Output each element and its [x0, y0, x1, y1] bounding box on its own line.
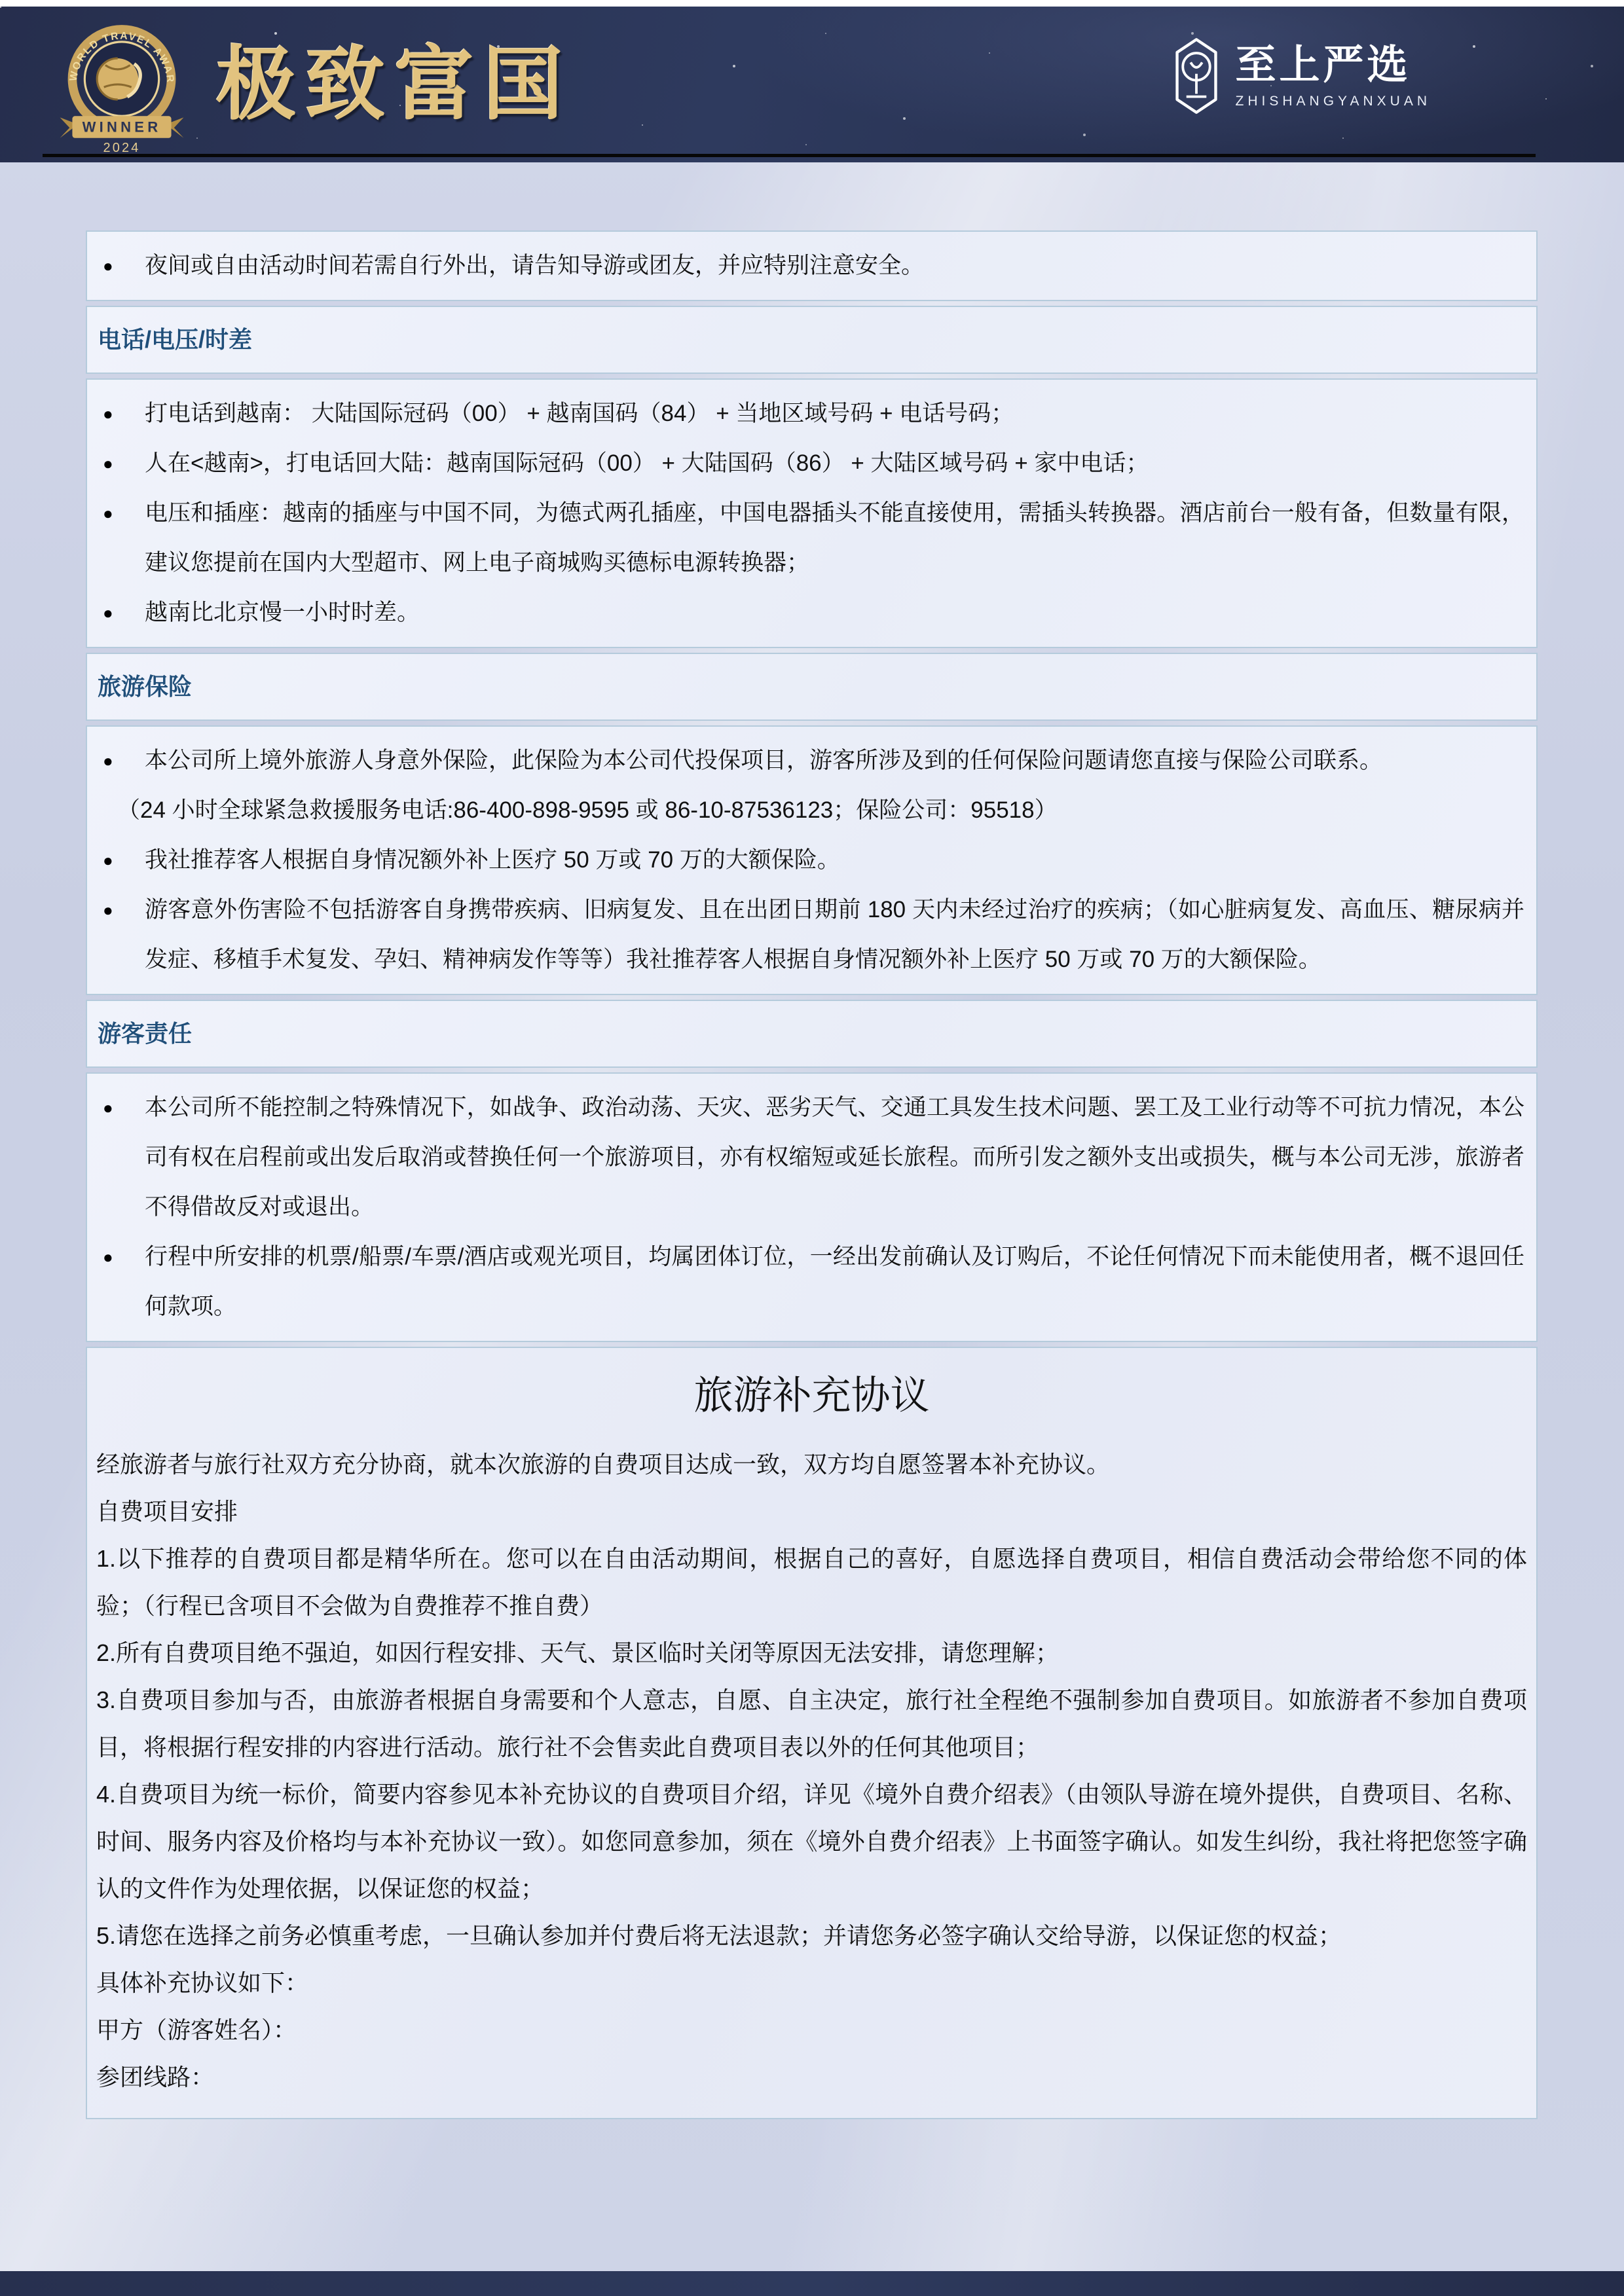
header-divider-line [43, 154, 1536, 157]
bullet-dot: ● [87, 835, 145, 885]
bullet-text: 打电话到越南： 大陆国际冠码（00） + 越南国码（84） + 当地区域号码 +… [145, 389, 1536, 439]
row-phone-bullets: ● 打电话到越南： 大陆国际冠码（00） + 越南国码（84） + 当地区域号码… [86, 378, 1538, 648]
bullet-item: ● 打电话到越南： 大陆国际冠码（00） + 越南国码（84） + 当地区域号码… [87, 389, 1536, 439]
bullet-text: 越南比北京慢一小时时差。 [145, 588, 1536, 638]
bullet-dot: ● [87, 1083, 145, 1232]
bullet-dot: ● [87, 488, 145, 588]
brand-logo-cn: 至上严选 [1236, 43, 1431, 88]
world-travel-awards-badge-icon: WORLD TRAVEL AWARDS WINNER 2024 [39, 16, 204, 155]
agreement-title: 旅游补充协议 [96, 1360, 1527, 1432]
section-title-phone: 电话/电压/时差 [87, 315, 1536, 365]
bullet-item: ● 电压和插座：越南的插座与中国不同，为德式两孔插座，中国电器插头不能直接使用，… [87, 488, 1536, 588]
agreement-clause-1: 1.以下推荐的自费项目都是精华所在。您可以在自由活动期间，根据自己的喜好，自愿选… [96, 1535, 1527, 1630]
insurance-hotline-note: （24 小时全球紧急救援服务电话:86-400-898-9595 或 86-10… [117, 786, 1524, 835]
agreement-party-a-line: 甲方（游客姓名）： [96, 2007, 1527, 2054]
bullet-item: ● 夜间或自由活动时间若需自行外出，请告知导游或团友，并应特别注意安全。 [87, 241, 1536, 291]
bullet-dot: ● [87, 241, 145, 291]
bullet-text: 我社推荐客人根据自身情况额外补上医疗 50 万或 70 万的大额保险。 [145, 835, 1536, 885]
supplementary-agreement-section: 旅游补充协议 经旅游者与旅行社双方充分协商，就本次旅游的自费项目达成一致，双方均… [86, 1347, 1538, 2119]
bullet-dot: ● [87, 389, 145, 439]
bullet-text: 本公司所不能控制之特殊情况下，如战争、政治动荡、天灾、恶劣天气、交通工具发生技术… [145, 1083, 1536, 1232]
document-page: WORLD TRAVEL AWARDS WINNER 2024 极致富国 至上严… [0, 0, 1624, 2296]
bullet-item: ● 我社推荐客人根据自身情况额外补上医疗 50 万或 70 万的大额保险。 [87, 835, 1536, 885]
bullet-item: ● 越南比北京慢一小时时差。 [87, 588, 1536, 638]
row-insurance-bullets: ● 本公司所上境外旅游人身意外保险，此保险为本公司代投保项目，游客所涉及到的任何… [86, 725, 1538, 995]
bullet-text: 行程中所安排的机票/船票/车票/酒店或观光项目，均属团体订位，一经出发前确认及订… [145, 1232, 1536, 1332]
bullet-item: ● 游客意外伤害险不包括游客自身携带疾病、旧病复发、且在出团日期前 180 天内… [87, 885, 1536, 985]
bullet-text: 游客意外伤害险不包括游客自身携带疾病、旧病复发、且在出团日期前 180 天内未经… [145, 885, 1536, 985]
agreement-clause-2: 2.所有自费项目绝不强迫，如因行程安排、天气、景区临时关闭等原因无法安排，请您理… [96, 1630, 1527, 1677]
agreement-clause-5: 5.请您在选择之前务必慎重考虑，一旦确认参加并付费后将无法退款；并请您务必签字确… [96, 1912, 1527, 1959]
bullet-item: ● 本公司所不能控制之特殊情况下，如战争、政治动荡、天灾、恶劣天气、交通工具发生… [87, 1083, 1536, 1232]
bullet-text: 电压和插座：越南的插座与中国不同，为德式两孔插座，中国电器插头不能直接使用，需插… [145, 488, 1536, 588]
page-footer-bar [0, 2271, 1624, 2296]
row-responsibility-header: 游客责任 [86, 1000, 1538, 1068]
row-safety-bullets: ● 夜间或自由活动时间若需自行外出，请告知导游或团友，并应特别注意安全。 [86, 230, 1538, 301]
notice-table: ● 夜间或自由活动时间若需自行外出，请告知导游或团友，并应特别注意安全。 电话/… [86, 230, 1538, 2119]
bullet-dot: ● [87, 588, 145, 638]
bullet-item: ● 人在<越南>，打电话回大陆：越南国际冠码（00） + 大陆国码（86） + … [87, 439, 1536, 488]
bullet-text: 人在<越南>，打电话回大陆：越南国际冠码（00） + 大陆国码（86） + 大陆… [145, 439, 1536, 488]
agreement-intro: 经旅游者与旅行社双方充分协商，就本次旅游的自费项目达成一致，双方均自愿签署本补充… [96, 1441, 1527, 1488]
brand-logo-group: 至上严选 ZHISHANGYANXUAN [1170, 37, 1431, 115]
bullet-text: 本公司所上境外旅游人身意外保险，此保险为本公司代投保项目，游客所涉及到的任何保险… [145, 736, 1536, 786]
award-year-text: 2024 [103, 141, 141, 155]
section-title-insurance: 旅游保险 [87, 662, 1536, 712]
bullet-dot: ● [87, 1232, 145, 1332]
agreement-clause-3: 3.自费项目参加与否，由旅游者根据自身需要和个人意志，自愿、自主决定，旅行社全程… [96, 1677, 1527, 1771]
brand-title: 极致富国 [216, 29, 572, 140]
bullet-text: 夜间或自由活动时间若需自行外出，请告知导游或团友，并应特别注意安全。 [145, 241, 1536, 291]
bullet-dot: ● [87, 439, 145, 488]
row-insurance-header: 旅游保险 [86, 653, 1538, 721]
bullet-item: ● 行程中所安排的机票/船票/车票/酒店或观光项目，均属团体订位，一经出发前确认… [87, 1232, 1536, 1332]
bullet-item: ● 本公司所上境外旅游人身意外保险，此保险为本公司代投保项目，游客所涉及到的任何… [87, 736, 1536, 786]
award-winner-text: WINNER [83, 118, 162, 135]
row-responsibility-bullets: ● 本公司所不能控制之特殊情况下，如战争、政治动荡、天灾、恶劣天气、交通工具发生… [86, 1072, 1538, 1342]
bullet-dot: ● [87, 736, 145, 786]
agreement-detail-line: 具体补充协议如下： [96, 1959, 1527, 2007]
brand-logo-en: ZHISHANGYANXUAN [1236, 94, 1431, 109]
zhishang-logo-icon [1170, 37, 1223, 115]
bullet-dot: ● [87, 885, 145, 985]
agreement-subheading: 自费项目安排 [96, 1488, 1527, 1535]
agreement-route-line: 参团线路： [96, 2054, 1527, 2101]
star-dots-decoration [0, 7, 1, 8]
section-title-responsibility: 游客责任 [87, 1009, 1536, 1059]
row-phone-header: 电话/电压/时差 [86, 306, 1538, 374]
agreement-clause-4: 4.自费项目为统一标价，简要内容参见本补充协议的自费项目介绍，详见《境外自费介绍… [96, 1771, 1527, 1912]
page-header: WORLD TRAVEL AWARDS WINNER 2024 极致富国 至上严… [0, 7, 1624, 162]
